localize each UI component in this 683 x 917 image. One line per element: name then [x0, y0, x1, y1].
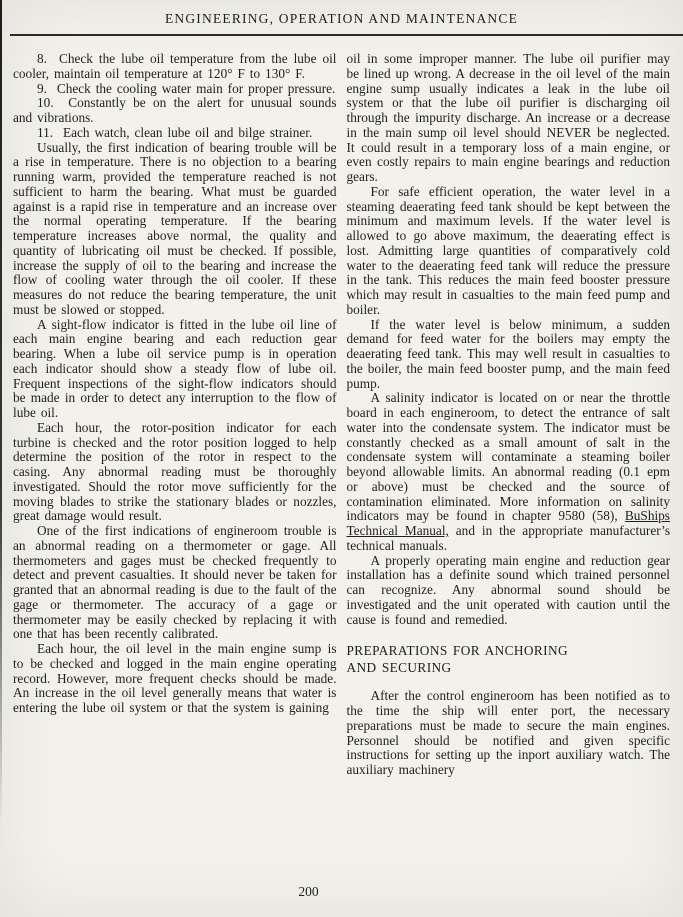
numbered-item-8: 8. Check the lube oil temperature from t…: [13, 52, 337, 82]
numbered-item-11: 11. Each watch, clean lube oil and bilge…: [13, 126, 337, 141]
page-header-title: ENGINEERING, OPERATION AND MAINTENANCE: [0, 0, 683, 27]
paragraph-engine-sound: A properly operating main engine and red…: [347, 554, 671, 628]
salinity-text-before: A salinity indicator is located on or ne…: [347, 390, 671, 523]
paragraph-sight-flow-indicator: A sight-flow indicator is fitted in the …: [13, 318, 337, 421]
paragraph-thermometer-gage: One of the first indications of enginero…: [13, 524, 337, 642]
two-column-body: 8. Check the lube oil temperature from t…: [0, 36, 683, 778]
paragraph-rotor-position: Each hour, the rotor-position indicator …: [13, 421, 337, 524]
scan-edge-artifact: [0, 0, 2, 917]
right-column: oil in some improper manner. The lube oi…: [347, 52, 671, 778]
page-header: ENGINEERING, OPERATION AND MAINTENANCE: [0, 0, 683, 36]
left-column: 8. Check the lube oil temperature from t…: [13, 52, 337, 778]
numbered-item-9: 9. Check the cooling water main for prop…: [13, 82, 337, 97]
paragraph-deaerating-tank: For safe efficient operation, the water …: [347, 185, 671, 318]
paragraph-oil-level: Each hour, the oil level in the main eng…: [13, 642, 337, 716]
paragraph-anchoring-intro: After the control engineroom has been no…: [347, 689, 671, 778]
paragraph-water-level-minimum: If the water level is below minimum, a s…: [347, 318, 671, 392]
section-heading-preparations-anchoring: PREPARATIONS FOR ANCHORING AND SECURING: [347, 642, 671, 676]
document-page: ENGINEERING, OPERATION AND MAINTENANCE 8…: [0, 0, 683, 917]
paragraph-bearing-trouble: Usually, the first indication of bearing…: [13, 141, 337, 318]
paragraph-lube-oil-continuation: oil in some improper manner. The lube oi…: [347, 52, 671, 185]
numbered-item-10: 10. Constantly be on the alert for unusu…: [13, 96, 337, 126]
page-number: 200: [0, 884, 650, 900]
paragraph-salinity-indicator: A salinity indicator is located on or ne…: [347, 391, 671, 553]
